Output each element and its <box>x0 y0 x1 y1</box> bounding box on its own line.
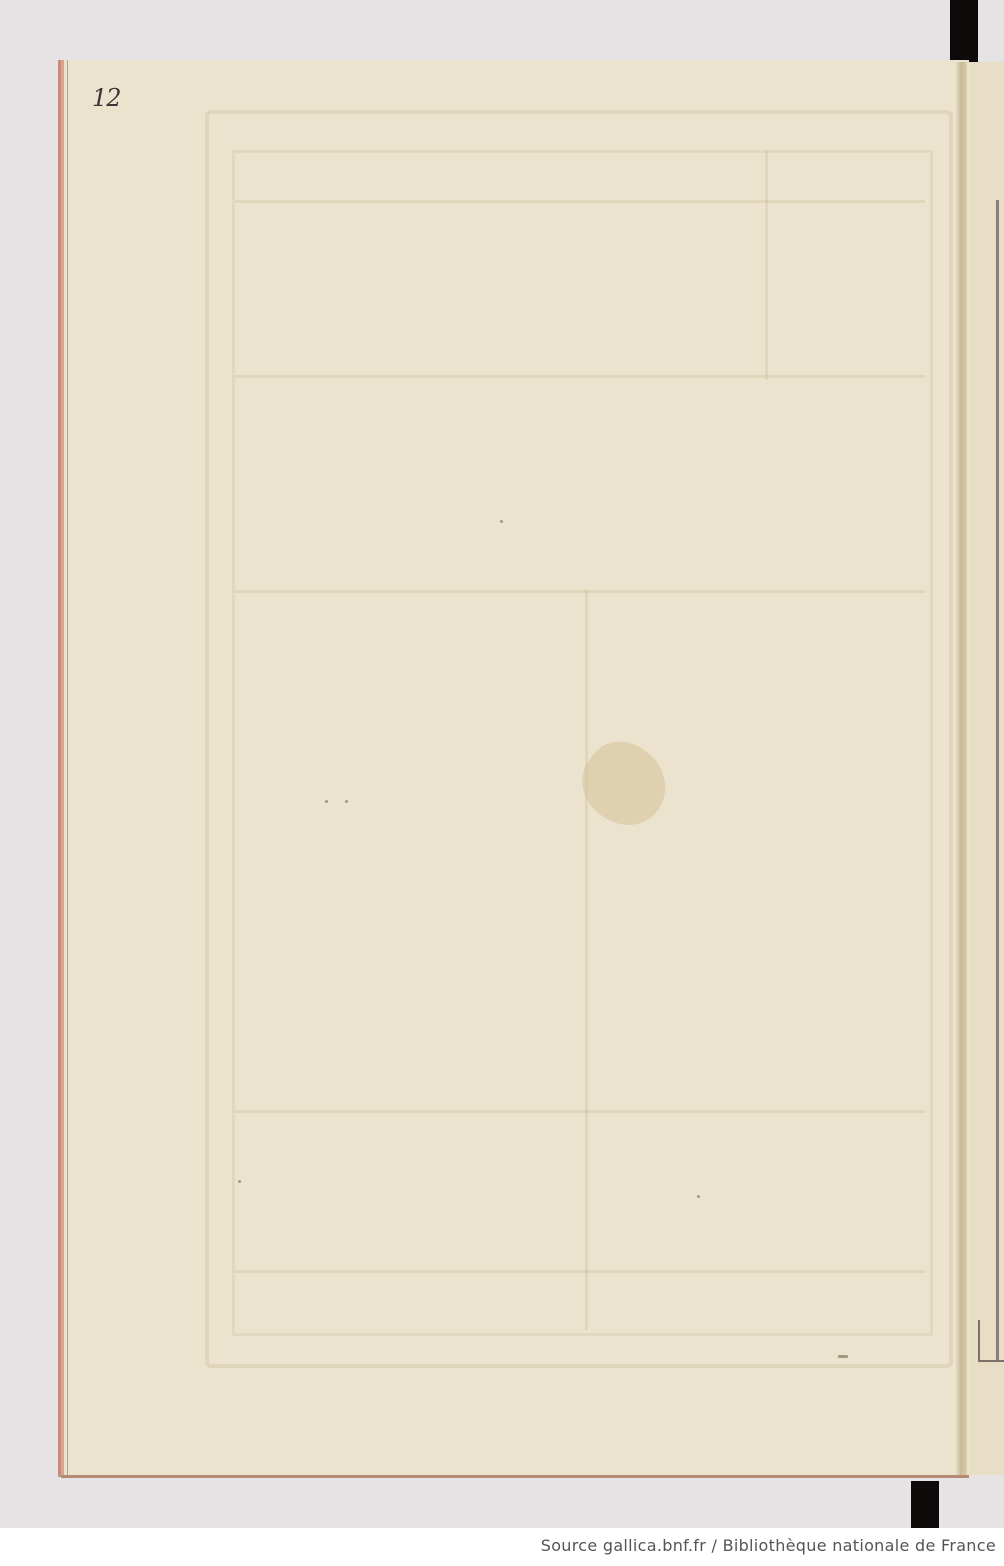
show-through-rule <box>235 1270 925 1273</box>
show-through-column-rule <box>585 590 588 1330</box>
gutter-shadow <box>955 62 967 1475</box>
paper-speck <box>500 520 503 523</box>
show-through-rule <box>235 200 925 203</box>
bookmark-ribbon-top <box>950 0 978 64</box>
bookmark-ribbon-bottom <box>911 1481 939 1528</box>
paper-speck <box>838 1355 848 1358</box>
paper-speck <box>325 800 328 803</box>
show-through-rule <box>235 590 925 593</box>
paper-speck <box>345 800 348 803</box>
facing-page-frame-corner <box>978 1320 1004 1362</box>
facing-page-frame-line <box>996 200 999 1360</box>
page-number: 12 <box>92 84 121 112</box>
show-through-column-rule <box>765 150 768 380</box>
paper-speck <box>697 1195 700 1198</box>
show-through-rule <box>235 1110 925 1113</box>
show-through-inner-frame <box>232 150 933 1336</box>
footer: Source gallica.bnf.fr / Bibliothèque nat… <box>0 1528 1004 1566</box>
show-through-rule <box>235 375 925 378</box>
source-credit: Source gallica.bnf.fr / Bibliothèque nat… <box>541 1536 996 1555</box>
paper-speck <box>238 1180 241 1183</box>
